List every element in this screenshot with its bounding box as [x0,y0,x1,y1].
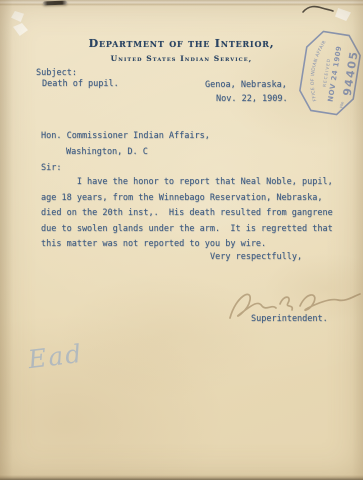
subject-label: Subject: [36,68,77,79]
pencil-annotation: Ead [26,339,84,375]
signer-title: Superintendent. [251,314,328,325]
recipient-line-2: Washington, D. C [66,147,148,158]
place-line: Genoa, Nebraska, [205,80,287,91]
subject-value: Death of pupil. [42,79,119,90]
received-stamp: OFFICE OF INDIAN AFFAIRS RECEIVED NOV 24… [295,27,363,119]
signature-stroke-middle [280,297,292,310]
salutation: Sir: [41,163,61,174]
body-line: age 18 years, from the Winnebago Reserva… [41,193,322,204]
body-line: I have the honor to report that Neal Nob… [41,177,333,188]
letter-page: Department of the Interior, United State… [0,0,363,480]
closing: Very respectfully, [210,252,302,263]
torn-paper-scrap [13,23,28,36]
pen-mark [300,3,336,17]
body-line: due to swolen glands under the arm. It i… [41,224,333,235]
recipient-line-1: Hon. Commissioner Indian Affairs, [41,131,210,142]
torn-paper-scrap [335,8,351,21]
torn-paper-scrap [11,11,24,22]
body-line: this matter was not reported to you by w… [41,239,266,250]
paper-bottom-edge [0,475,363,480]
date-line: Nov. 22, 1909. [216,94,288,105]
staple [43,1,67,5]
body-line: died on the 20th inst,. His death result… [41,208,333,219]
signature-stroke-last [300,294,360,310]
